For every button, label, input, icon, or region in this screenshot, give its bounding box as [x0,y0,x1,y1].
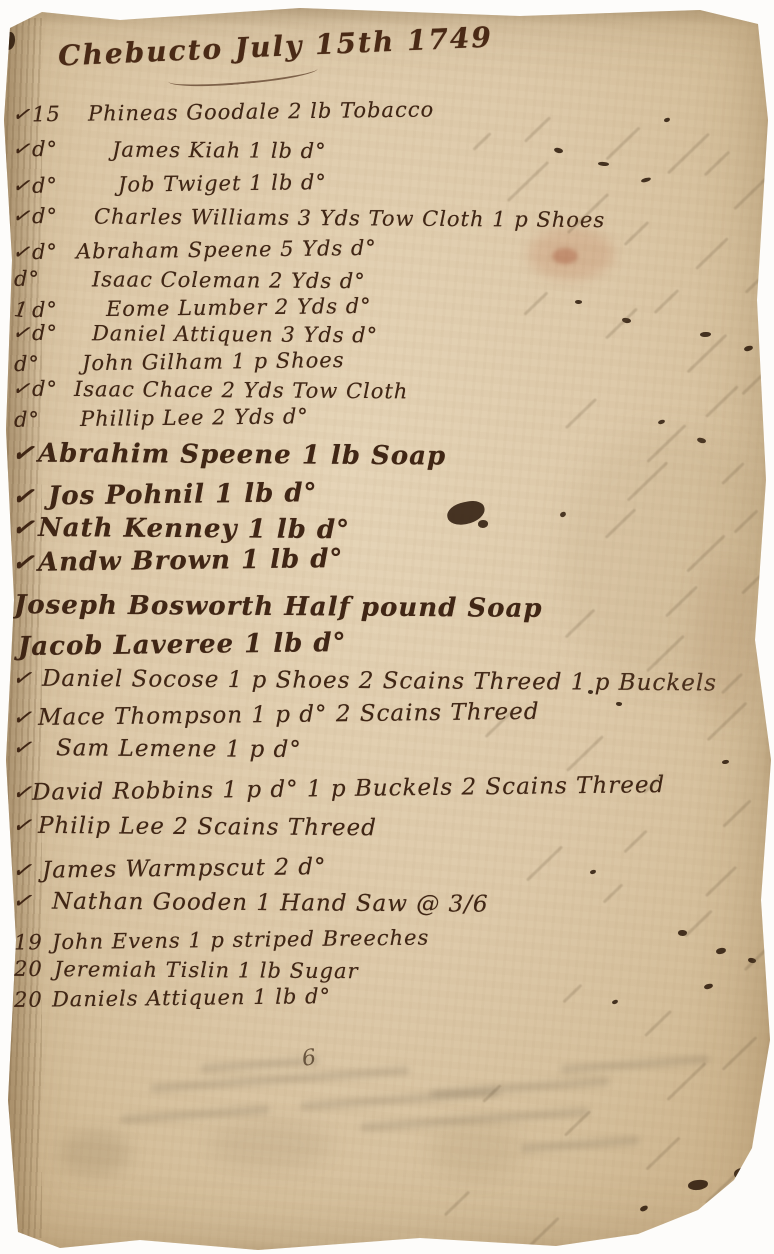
date-ditto: d° [14,352,48,376]
ledger-entry: d°John Gilham 1 p Shoes [14,348,345,376]
check-mark: ✓ [9,888,36,916]
ledger-entry: ✓David Robbins 1 p d° 1 p Buckels 2 Scai… [14,772,665,806]
entry-text: John Gilham 1 p Shoes [82,348,345,375]
check-mark: ✓ [9,665,36,693]
entry-text: Charles Williams 3 Yds Tow Cloth 1 p Sho… [94,204,605,232]
ledger-entry: ✓d°Job Twiget 1 lb d° [14,170,327,198]
entry-text: James Kiah 1 lb d° [112,138,327,163]
ledger-entry: ✓Mace Thompson 1 p d° 2 Scains Threed [14,699,540,731]
document-scan: Chebucto July 15th 1749 ✓15Phineas Gooda… [0,0,774,1254]
ledger-entry: ✓Daniel Socose 1 p Shoes 2 Scains Threed… [14,666,717,697]
date-ditto: d° [14,267,48,291]
ledger-entry: ✓d°Charles Williams 3 Yds Tow Cloth 1 p … [14,204,605,232]
entry-text: Phillip Lee 2 Yds d° [80,404,309,431]
entry-text: Andw Brown 1 lb d° [38,544,344,578]
ledger-entry: 20Daniels Attiquen 1 lb d° [14,984,331,1012]
ledger-entry: ✓d°Isaac Chace 2 Yds Tow Cloth [14,377,409,404]
date-ditto: d° [32,173,66,197]
entry-text: Abrahim Speene 1 lb Soap [38,439,446,472]
entry-text: Nath Kenney 1 lb d° [38,513,350,545]
date-ditto: d° [32,377,66,401]
ledger-entry: ✓15Phineas Goodale 2 lb Tobacco [14,97,434,126]
ledger-entry: ✓Nath Kenney 1 lb d° [14,513,350,545]
date-ditto: 20 [14,988,48,1012]
ledger-entry: 19John Evens 1 p striped Breeches [14,925,430,954]
check-mark: ✓ [10,857,37,884]
ledger-entry: ✓Abrahim Speene 1 lb Soap [14,438,446,471]
ledger-entry: ✓d°Daniel Attiquen 3 Yds d° [14,321,378,348]
ledger-entry: 1d°Eome Lumber 2 Yds d° [14,294,372,322]
date-ditto: d° [32,240,66,264]
check-mark: ✓ [9,812,36,840]
entry-text: Phineas Goodale 2 lb Tobacco [88,97,434,125]
date-ditto: 20 [14,957,48,981]
entry-text: Daniels Attiquen 1 lb d° [52,984,331,1011]
entry-text: Job Twiget 1 lb d° [118,170,327,197]
entry-text: Jacob Laveree 1 lb d° [18,628,347,662]
ledger-entry: ✓d°James Kiah 1 lb d° [14,137,327,163]
entry-text: Eome Lumber 2 Yds d° [106,294,372,321]
date-ditto: d° [32,204,66,228]
check-mark: ✓ [10,704,37,731]
entry-text: James Warmpscut 2 d° [42,854,327,883]
entry-text: Isaac Chace 2 Yds Tow Cloth [74,377,409,403]
date-ditto: 15 [32,102,66,126]
ledger-entry: d°Isaac Coleman 2 Yds d° [14,267,366,293]
entry-text: Nathan Gooden 1 Hand Saw @ 3/6 [52,889,489,918]
entry-text: Philip Lee 2 Scains Threed [38,813,377,841]
date-ditto: d° [32,321,66,345]
entry-text: Jeremiah Tislin 1 lb Sugar [54,957,359,983]
ledger-entry: ✓Jos Pohnil 1 lb d° [14,478,318,512]
manuscript-page: Chebucto July 15th 1749 ✓15Phineas Gooda… [0,0,774,1254]
ledger-entry: Joseph Bosworth Half pound Soap [14,590,543,624]
ledger-entry: ✓Andw Brown 1 lb d° [14,544,344,578]
entry-text: John Evens 1 p striped Breeches [52,925,430,954]
check-mark: ✓ [9,734,36,762]
date-ditto: 19 [14,930,48,954]
check-mark: ✓ [9,481,37,512]
date-ditto: d° [14,407,48,431]
entry-text: Joseph Bosworth Half pound Soap [14,590,543,624]
check-mark: ✓ [9,438,37,469]
entry-text: Mace Thompson 1 p d° 2 Scains Threed [38,699,540,731]
date-ditto: d° [32,137,66,161]
ledger-entry: ✓James Warmpscut 2 d° [14,854,327,884]
check-mark: ✓ [9,512,37,543]
entry-text: Daniel Attiquen 3 Yds d° [92,321,378,347]
ledger-entry: d°Phillip Lee 2 Yds d° [14,404,309,432]
entry-text: Daniel Socose 1 p Shoes 2 Scains Threed … [42,666,717,697]
entry-text: Sam Lemene 1 p d° [56,735,302,763]
date-ditto: d° [32,298,66,322]
ledger-entry: ✓d°Abraham Speene 5 Yds d° [14,236,377,264]
entry-text: David Robbins 1 p d° 1 p Buckels 2 Scain… [32,772,665,806]
entry-text: Isaac Coleman 2 Yds d° [92,267,366,293]
ledger-entry: ✓Philip Lee 2 Scains Threed [14,813,377,842]
ledger-entry: 20Jeremiah Tislin 1 lb Sugar [14,957,359,983]
entry-text: Abraham Speene 5 Yds d° [76,236,377,264]
entry-text: Jos Pohnil 1 lb d° [48,478,318,511]
ledger-entry: ✓Sam Lemene 1 p d° [14,735,302,763]
ledger-entry: Jacob Laveree 1 lb d° [14,628,347,662]
ledger-entry: ✓Nathan Gooden 1 Hand Saw @ 3/6 [14,888,489,917]
check-mark: ✓ [9,547,37,578]
